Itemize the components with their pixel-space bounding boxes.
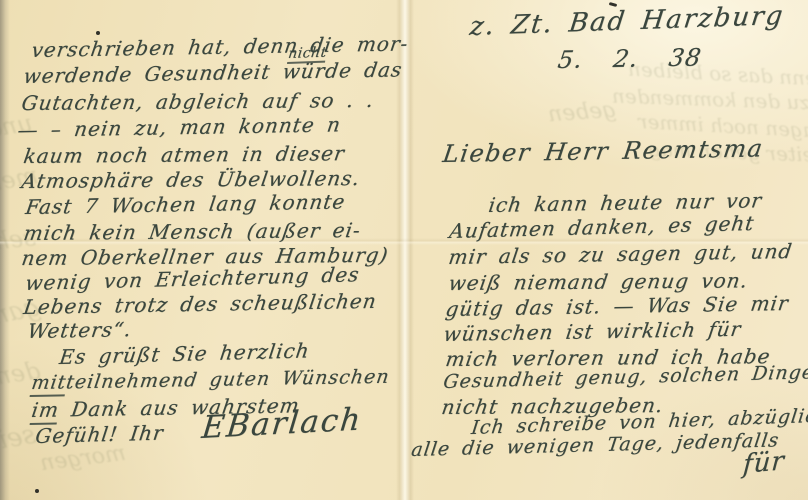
handwriting-line: Wetters“. [26, 317, 133, 343]
paper-speck [35, 489, 39, 493]
bleedthrough-ghost-text: sein [0, 420, 38, 459]
inserted-word-nicht: nicht [287, 45, 328, 64]
handwriting-line: wünschen ist wirklich für [442, 317, 743, 346]
handwriting-line: Fast 7 Wochen lang konnte [24, 189, 347, 219]
handwriting-line: Gutachten, abgleich auf so . . [20, 88, 376, 115]
handwriting-line: — – nein zu, man konnte n [16, 112, 343, 142]
handwriting-line: mir als so zu sagen gut, und [447, 239, 794, 269]
handwriting-line: Gefühl! Ihr [34, 421, 165, 448]
catchword: für [742, 446, 786, 480]
letter-scan: undmeinsehrganzdemseinmorgen Wenn das so… [0, 0, 808, 500]
header-place: z. Zt. Bad Harzburg [468, 1, 786, 42]
handwriting-line: Atmosphäre des Übelwollens. [20, 166, 362, 193]
greeting-line: Lieber Herr Reemtsma [441, 134, 765, 168]
handwriting-line: mitteilnehmend guten Wünschen [30, 366, 391, 394]
handwriting-line: kaum noch atmen in dieser [22, 141, 347, 168]
handwriting-line: Lebens trotz des scheußlichen [22, 289, 378, 319]
header-date: 5. 2. 38 [556, 43, 704, 74]
paper-speck [96, 31, 100, 35]
handwriting-line: mich kein Mensch (außer ei- [22, 218, 363, 245]
handwriting-line: Es grüßt Sie herzlich [58, 338, 311, 369]
signature: EBarlach [200, 401, 364, 446]
handwriting-line: werdende Gesundheit würde das [22, 57, 404, 88]
bleedthrough-ghost-text: geben [547, 98, 617, 128]
handwriting-line: weiß niemand genug von. [447, 268, 750, 295]
handwriting-line: alle die wenigen Tage, jedenfalls [410, 429, 781, 461]
